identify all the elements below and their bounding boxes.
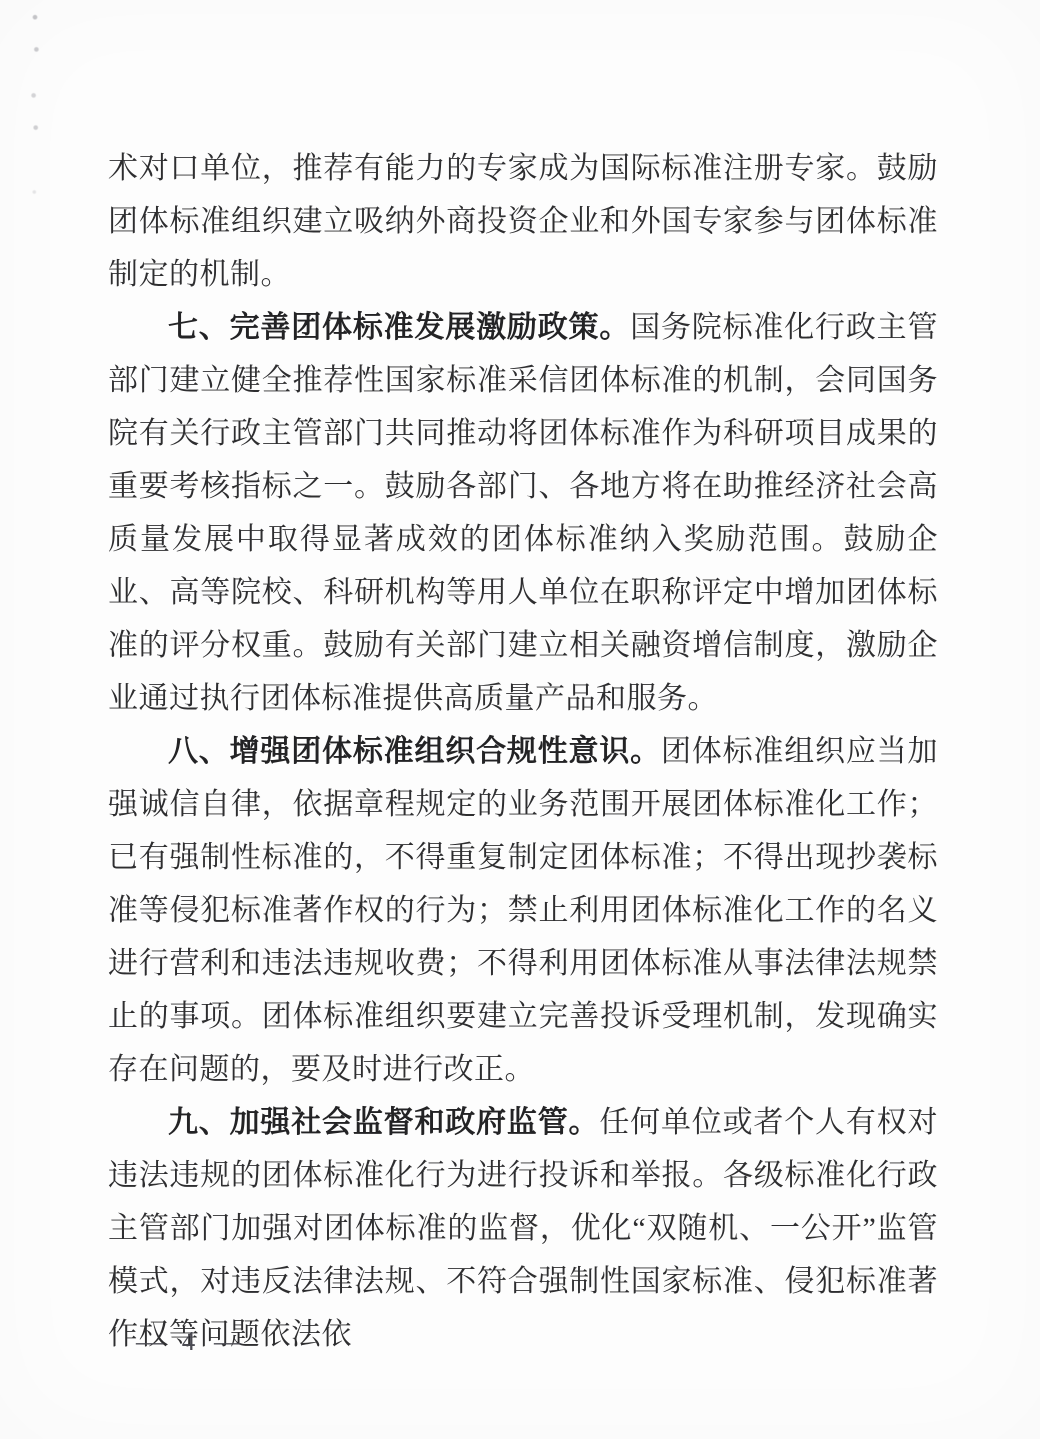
- paragraph-text: 国务院标准化行政主管部门建立健全推荐性国家标准采信团体标准的机制，会同国务院有关…: [108, 311, 938, 715]
- paragraph-continuation: 术对口单位，推荐有能力的专家成为国际标准注册专家。鼓励团体标准组织建立吸纳外商投…: [108, 142, 938, 301]
- paragraph-text: 团体标准组织应当加强诚信自律，依据章程规定的业务范围开展团体标准化工作；已有强制…: [108, 735, 938, 1086]
- scan-noise-artifact: [28, 8, 42, 238]
- paragraph-section-8: 八、增强团体标准组织合规性意识。团体标准组织应当加强诚信自律，依据章程规定的业务…: [108, 725, 938, 1096]
- paragraph-section-9: 九、加强社会监督和政府监管。任何单位或者个人有权对违法违规的团体标准化行为进行投…: [108, 1096, 938, 1361]
- page-number: — 4 —: [136, 1326, 247, 1357]
- paragraph-text: 任何单位或者个人有权对违法违规的团体标准化行为进行投诉和举报。各级标准化行政主管…: [108, 1106, 938, 1351]
- section-8-heading: 八、增强团体标准组织合规性意识。: [168, 735, 661, 768]
- document-page: 术对口单位，推荐有能力的专家成为国际标准注册专家。鼓励团体标准组织建立吸纳外商投…: [0, 0, 1040, 1439]
- paragraph-text: 术对口单位，推荐有能力的专家成为国际标准注册专家。鼓励团体标准组织建立吸纳外商投…: [108, 152, 938, 291]
- section-7-heading: 七、完善团体标准发展激励政策。: [168, 311, 630, 344]
- document-body: 术对口单位，推荐有能力的专家成为国际标准注册专家。鼓励团体标准组织建立吸纳外商投…: [108, 142, 938, 1361]
- section-9-heading: 九、加强社会监督和政府监管。: [168, 1106, 599, 1139]
- paragraph-section-7: 七、完善团体标准发展激励政策。国务院标准化行政主管部门建立健全推荐性国家标准采信…: [108, 301, 938, 725]
